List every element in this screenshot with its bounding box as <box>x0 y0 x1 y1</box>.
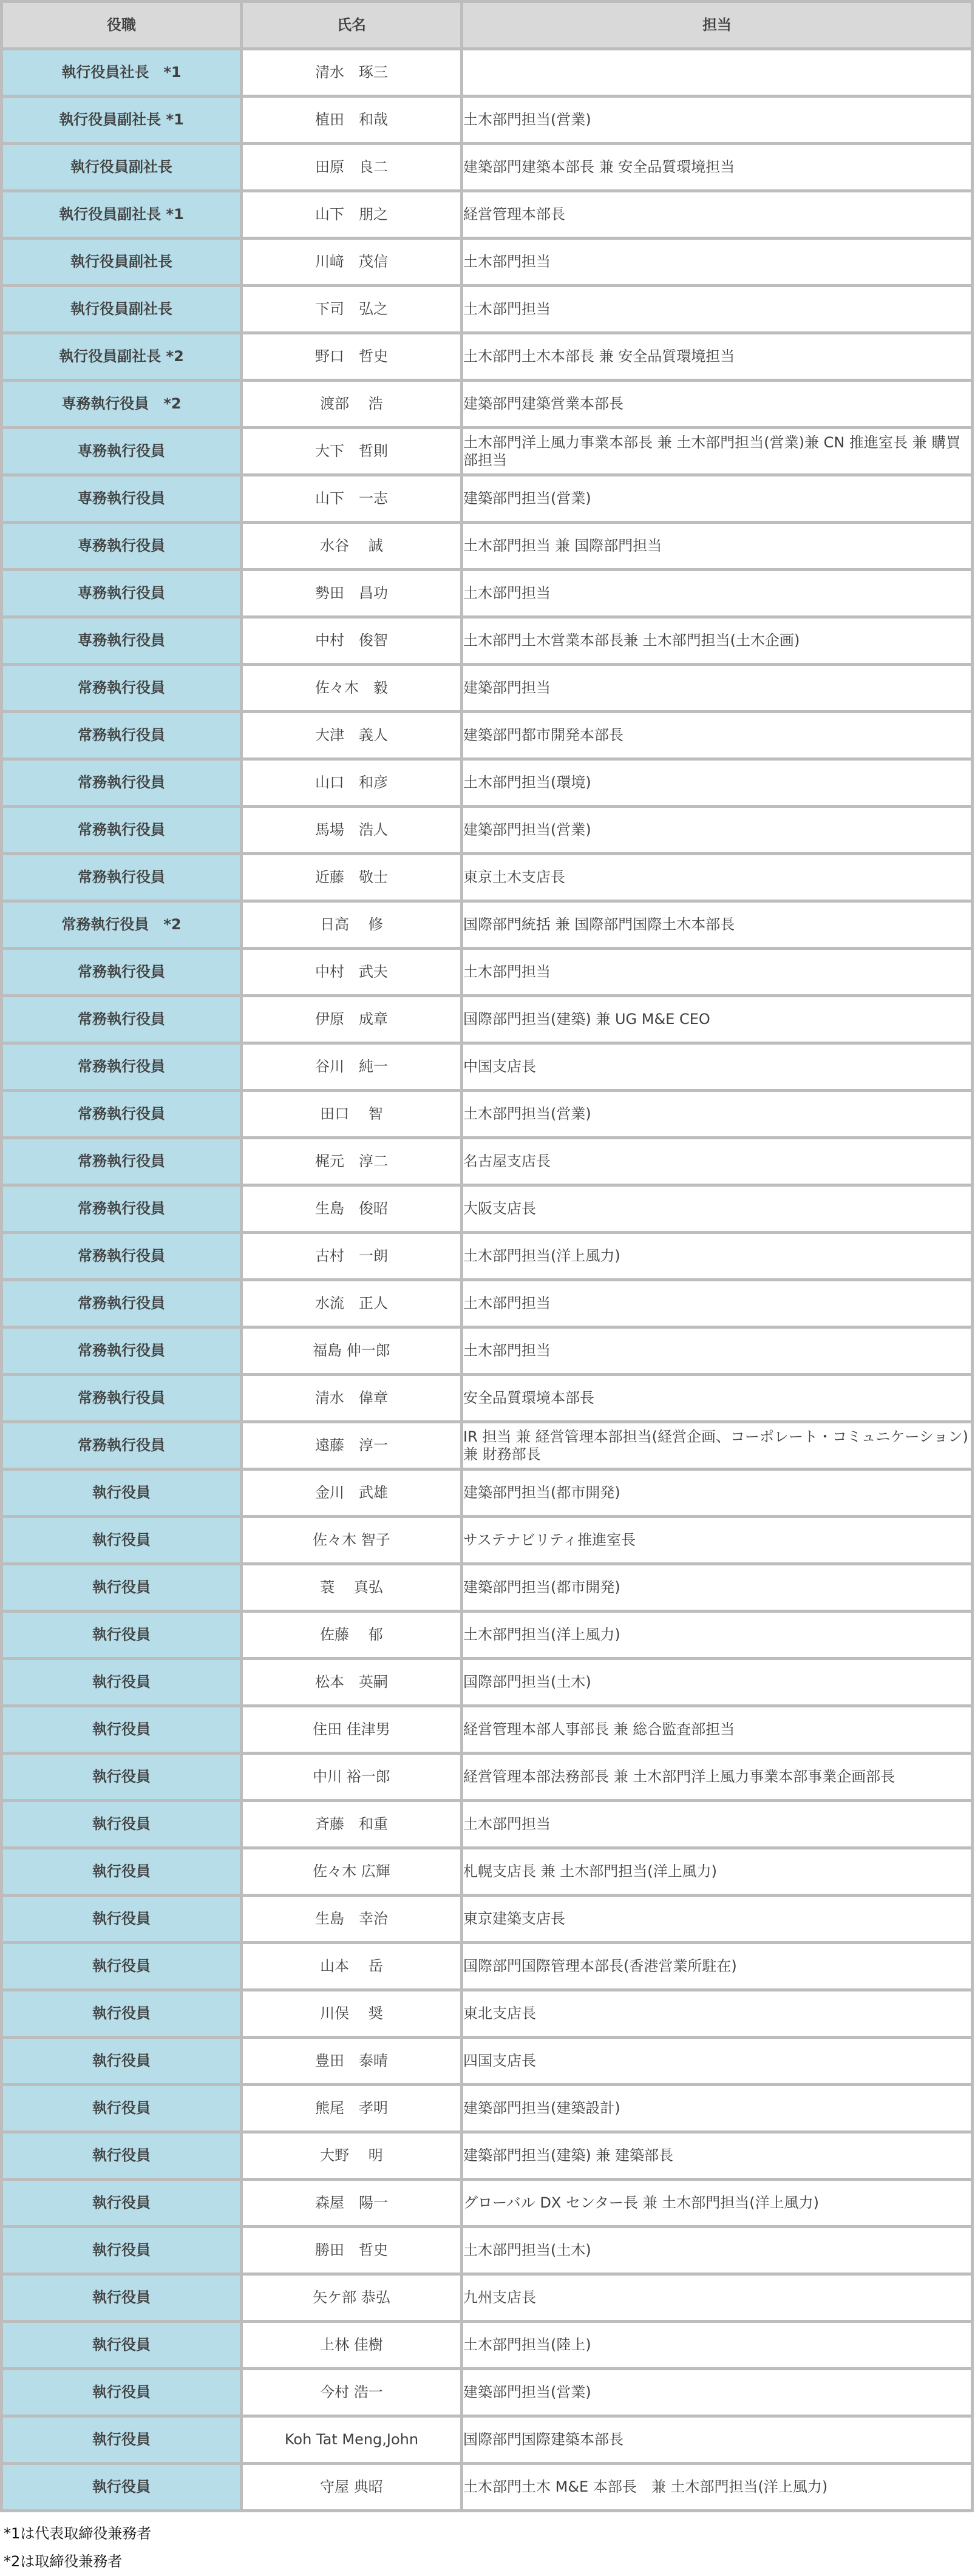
duty-cell: 東京土木支店長 <box>463 855 971 900</box>
role-cell: 常務執行役員 <box>3 1187 240 1231</box>
role-cell: 執行役員 <box>3 2039 240 2083</box>
role-cell: 常務執行役員 <box>3 761 240 805</box>
table-row: 常務執行役員谷川 純一中国支店長 <box>3 1045 971 1089</box>
role-cell: 執行役員 <box>3 1518 240 1562</box>
table-row: 執行役員副社長 *2野口 哲史土木部門土木本部長 兼 安全品質環境担当 <box>3 334 971 379</box>
table-row: 専務執行役員山下 一志建築部門担当(営業) <box>3 476 971 521</box>
duty-cell: 土木部門担当(洋上風力) <box>463 1613 971 1657</box>
duty-cell: 土木部門土木 M&E 本部長 兼 土木部門担当(洋上風力) <box>463 2465 971 2509</box>
role-cell: 執行役員 <box>3 1849 240 1894</box>
name-cell: 大下 哲則 <box>243 429 460 473</box>
role-cell: 執行役員 <box>3 1802 240 1846</box>
duty-cell: 土木部門担当 兼 国際部門担当 <box>463 524 971 568</box>
name-cell: 近藤 敬士 <box>243 855 460 900</box>
duty-cell: 建築部門担当(都市開発) <box>463 1471 971 1515</box>
role-cell: 常務執行役員 <box>3 1329 240 1373</box>
name-cell: 矢ケ部 恭弘 <box>243 2276 460 2320</box>
name-cell: 山下 一志 <box>243 476 460 521</box>
table-row: 専務執行役員勢田 昌功土木部門担当 <box>3 571 971 615</box>
duty-cell: 経営管理本部長 <box>463 192 971 237</box>
name-cell: 佐々木 広輝 <box>243 1849 460 1894</box>
role-cell: 常務執行役員 <box>3 950 240 994</box>
table-row: 常務執行役員中村 武夫土木部門担当 <box>3 950 971 994</box>
role-cell: 執行役員 <box>3 2228 240 2273</box>
table-row: 執行役員佐々木 智子サステナビリティ推進室長 <box>3 1518 971 1562</box>
table-row: 常務執行役員古村 一朗土木部門担当(洋上風力) <box>3 1234 971 1278</box>
table-row: 常務執行役員大津 義人建築部門都市開発本部長 <box>3 713 971 758</box>
name-cell: 福島 伸一郎 <box>243 1329 460 1373</box>
name-cell: 熊尾 孝明 <box>243 2086 460 2130</box>
name-cell: 上林 佳樹 <box>243 2323 460 2367</box>
table-row: 執行役員豊田 泰晴四国支店長 <box>3 2039 971 2083</box>
role-cell: 執行役員 <box>3 1897 240 1941</box>
name-cell: 大野 明 <box>243 2134 460 2178</box>
duty-cell: 国際部門担当(土木) <box>463 1660 971 1704</box>
duty-cell: 中国支店長 <box>463 1045 971 1089</box>
table-row: 常務執行役員田口 智土木部門担当(営業) <box>3 1092 971 1136</box>
name-cell: 勝田 哲史 <box>243 2228 460 2273</box>
table-row: 常務執行役員清水 偉章安全品質環境本部長 <box>3 1376 971 1420</box>
name-cell: 山下 朋之 <box>243 192 460 237</box>
role-cell: 執行役員副社長 <box>3 287 240 331</box>
role-cell: 執行役員 <box>3 2276 240 2320</box>
table-row: 執行役員副社長下司 弘之土木部門担当 <box>3 287 971 331</box>
role-cell: 常務執行役員 <box>3 855 240 900</box>
duty-cell: 建築部門担当(都市開発) <box>463 1565 971 1610</box>
role-cell: 常務執行役員 <box>3 666 240 710</box>
table-row: 常務執行役員馬場 浩人建築部門担当(営業) <box>3 808 971 852</box>
duty-cell: 建築部門担当 <box>463 666 971 710</box>
duty-cell: 建築部門担当(営業) <box>463 808 971 852</box>
name-cell: 水流 正人 <box>243 1281 460 1326</box>
table-row: 執行役員大野 明建築部門担当(建築) 兼 建築部長 <box>3 2134 971 2178</box>
table-row: 執行役員生島 幸治東京建築支店長 <box>3 1897 971 1941</box>
name-cell: 田原 良二 <box>243 145 460 189</box>
role-cell: 執行役員 <box>3 2323 240 2367</box>
name-cell: 植田 和哉 <box>243 98 460 142</box>
role-cell: 執行役員 <box>3 1707 240 1752</box>
duty-cell: 土木部門土木営業本部長兼 土木部門担当(土木企画) <box>463 619 971 663</box>
table-row: 執行役員住田 佳津男経営管理本部人事部長 兼 総合監査部担当 <box>3 1707 971 1752</box>
name-cell: 馬場 浩人 <box>243 808 460 852</box>
duty-cell: IR 担当 兼 経営管理本部担当(経営企画、コーポレート・コミュニケーション)兼… <box>463 1423 971 1468</box>
name-cell: 下司 弘之 <box>243 287 460 331</box>
duty-cell: 土木部門洋上風力事業本部長 兼 土木部門担当(営業)兼 CN 推進室長 兼 購買… <box>463 429 971 473</box>
duty-cell: サステナビリティ推進室長 <box>463 1518 971 1562</box>
duty-cell: 建築部門建築本部長 兼 安全品質環境担当 <box>463 145 971 189</box>
role-cell: 専務執行役員 <box>3 429 240 473</box>
table-row: 執行役員副社長川﨑 茂信土木部門担当 <box>3 240 971 284</box>
name-cell: 生島 幸治 <box>243 1897 460 1941</box>
name-cell: 守屋 典昭 <box>243 2465 460 2509</box>
name-cell: 豊田 泰晴 <box>243 2039 460 2083</box>
name-cell: 日高 修 <box>243 903 460 947</box>
role-cell: 常務執行役員 <box>3 1045 240 1089</box>
duty-cell: 土木部門担当 <box>463 1802 971 1846</box>
table-row: 専務執行役員大下 哲則土木部門洋上風力事業本部長 兼 土木部門担当(営業)兼 C… <box>3 429 971 473</box>
table-row: 常務執行役員伊原 成章国際部門担当(建築) 兼 UG M&E CEO <box>3 997 971 1042</box>
header-row: 役職 氏名 担当 <box>3 3 971 47</box>
table-row: 執行役員今村 浩一建築部門担当(営業) <box>3 2370 971 2415</box>
role-cell: 執行役員 <box>3 1991 240 2036</box>
duty-cell: 土木部門担当(営業) <box>463 98 971 142</box>
table-row: 常務執行役員近藤 敬士東京土木支店長 <box>3 855 971 900</box>
role-cell: 専務執行役員 *2 <box>3 382 240 426</box>
duty-cell: 四国支店長 <box>463 2039 971 2083</box>
role-cell: 執行役員 <box>3 2181 240 2225</box>
duty-cell: 建築部門担当(建築) 兼 建築部長 <box>463 2134 971 2178</box>
name-cell: 渡部 浩 <box>243 382 460 426</box>
role-cell: 執行役員 <box>3 1660 240 1704</box>
role-cell: 執行役員副社長 <box>3 240 240 284</box>
table-row: 執行役員矢ケ部 恭弘九州支店長 <box>3 2276 971 2320</box>
role-cell: 常務執行役員 <box>3 997 240 1042</box>
duty-cell: 土木部門担当(環境) <box>463 761 971 805</box>
header-duty: 担当 <box>463 3 971 47</box>
table-row: 執行役員副社長 *1山下 朋之経営管理本部長 <box>3 192 971 237</box>
name-cell: 清水 偉章 <box>243 1376 460 1420</box>
name-cell: 森屋 陽一 <box>243 2181 460 2225</box>
role-cell: 執行役員副社長 <box>3 145 240 189</box>
role-cell: 執行役員 <box>3 1944 240 1988</box>
footnote-1: *1は代表取締役兼務者 <box>4 2521 151 2549</box>
duty-cell: 土木部門担当 <box>463 1281 971 1326</box>
role-cell: 常務執行役員 <box>3 1281 240 1326</box>
name-cell: 佐々木 毅 <box>243 666 460 710</box>
table-row: 執行役員金川 武雄建築部門担当(都市開発) <box>3 1471 971 1515</box>
duty-cell: 九州支店長 <box>463 2276 971 2320</box>
name-cell: 佐藤 郁 <box>243 1613 460 1657</box>
name-cell: 今村 浩一 <box>243 2370 460 2415</box>
table-row: 執行役員勝田 哲史土木部門担当(土木) <box>3 2228 971 2273</box>
table-row: 執行役員蓑 真弘建築部門担当(都市開発) <box>3 1565 971 1610</box>
duty-cell: 経営管理本部人事部長 兼 総合監査部担当 <box>463 1707 971 1752</box>
duty-cell: 建築部門担当(建築設計) <box>463 2086 971 2130</box>
role-cell: 常務執行役員 <box>3 1423 240 1468</box>
name-cell: 野口 哲史 <box>243 334 460 379</box>
duty-cell: 土木部門担当(洋上風力) <box>463 1234 971 1278</box>
duty-cell: 土木部門担当 <box>463 950 971 994</box>
name-cell: 大津 義人 <box>243 713 460 758</box>
table-row: 常務執行役員梶元 淳二名古屋支店長 <box>3 1139 971 1184</box>
duty-cell: 安全品質環境本部長 <box>463 1376 971 1420</box>
duty-cell: 建築部門建築営業本部長 <box>463 382 971 426</box>
name-cell: 古村 一朗 <box>243 1234 460 1278</box>
name-cell: 中川 裕一郎 <box>243 1755 460 1799</box>
duty-cell: 経営管理本部法務部長 兼 土木部門洋上風力事業本部事業企画部長 <box>463 1755 971 1799</box>
name-cell: 松本 英嗣 <box>243 1660 460 1704</box>
role-cell: 常務執行役員 <box>3 1376 240 1420</box>
role-cell: 執行役員 <box>3 2370 240 2415</box>
table-row: 常務執行役員 *2日高 修国際部門統括 兼 国際部門国際土木本部長 <box>3 903 971 947</box>
role-cell: 常務執行役員 <box>3 1092 240 1136</box>
duty-cell: 国際部門国際建築本部長 <box>463 2418 971 2462</box>
duty-cell: 東京建築支店長 <box>463 1897 971 1941</box>
duty-cell: 土木部門担当 <box>463 571 971 615</box>
duty-cell: 国際部門国際管理本部長(香港営業所駐在) <box>463 1944 971 1988</box>
name-cell: 遠藤 淳一 <box>243 1423 460 1468</box>
role-cell: 執行役員 <box>3 1565 240 1610</box>
role-cell: 執行役員 <box>3 1755 240 1799</box>
role-cell: 執行役員副社長 *1 <box>3 192 240 237</box>
role-cell: 専務執行役員 <box>3 524 240 568</box>
table-row: 執行役員副社長 *1植田 和哉土木部門担当(営業) <box>3 98 971 142</box>
role-cell: 常務執行役員 <box>3 1234 240 1278</box>
duty-cell: 建築部門担当(営業) <box>463 2370 971 2415</box>
name-cell: 水谷 誠 <box>243 524 460 568</box>
role-cell: 執行役員 <box>3 2418 240 2462</box>
table-row: 常務執行役員福島 伸一郎土木部門担当 <box>3 1329 971 1373</box>
duty-cell: グローバル DX センター長 兼 土木部門担当(洋上風力) <box>463 2181 971 2225</box>
name-cell: 蓑 真弘 <box>243 1565 460 1610</box>
officers-table: 役職 氏名 担当 執行役員社長 *1清水 琢三執行役員副社長 *1植田 和哉土木… <box>0 0 974 2512</box>
table-row: 専務執行役員中村 俊智土木部門土木営業本部長兼 土木部門担当(土木企画) <box>3 619 971 663</box>
footnote-2: *2は取締役兼務者 <box>4 2549 151 2576</box>
table-row: 執行役員佐藤 郁土木部門担当(洋上風力) <box>3 1613 971 1657</box>
table-row: 常務執行役員山口 和彦土木部門担当(環境) <box>3 761 971 805</box>
role-cell: 執行役員 <box>3 1471 240 1515</box>
table-row: 専務執行役員 *2渡部 浩建築部門建築営業本部長 <box>3 382 971 426</box>
table-row: 執行役員社長 *1清水 琢三 <box>3 50 971 95</box>
table-row: 執行役員守屋 典昭土木部門土木 M&E 本部長 兼 土木部門担当(洋上風力) <box>3 2465 971 2509</box>
duty-cell: 土木部門担当 <box>463 1329 971 1373</box>
duty-cell: 土木部門担当 <box>463 240 971 284</box>
table-row: 執行役員副社長田原 良二建築部門建築本部長 兼 安全品質環境担当 <box>3 145 971 189</box>
table-row: 執行役員森屋 陽一グローバル DX センター長 兼 土木部門担当(洋上風力) <box>3 2181 971 2225</box>
table-row: 常務執行役員生島 俊昭大阪支店長 <box>3 1187 971 1231</box>
table-row: 常務執行役員水流 正人土木部門担当 <box>3 1281 971 1326</box>
duty-cell: 国際部門担当(建築) 兼 UG M&E CEO <box>463 997 971 1042</box>
duty-cell: 国際部門統括 兼 国際部門国際土木本部長 <box>463 903 971 947</box>
role-cell: 執行役員社長 *1 <box>3 50 240 95</box>
duty-cell: 土木部門担当(営業) <box>463 1092 971 1136</box>
table-row: 執行役員川俣 奨東北支店長 <box>3 1991 971 2036</box>
name-cell: 生島 俊昭 <box>243 1187 460 1231</box>
footnotes: *1は代表取締役兼務者 *2は取締役兼務者 <box>4 2521 151 2576</box>
table-row: 執行役員Koh Tat Meng,John国際部門国際建築本部長 <box>3 2418 971 2462</box>
name-cell: 佐々木 智子 <box>243 1518 460 1562</box>
duty-cell: 名古屋支店長 <box>463 1139 971 1184</box>
name-cell: Koh Tat Meng,John <box>243 2418 460 2462</box>
table-row: 常務執行役員遠藤 淳一IR 担当 兼 経営管理本部担当(経営企画、コーポレート・… <box>3 1423 971 1468</box>
table-row: 専務執行役員水谷 誠土木部門担当 兼 国際部門担当 <box>3 524 971 568</box>
role-cell: 常務執行役員 <box>3 713 240 758</box>
role-cell: 専務執行役員 <box>3 619 240 663</box>
role-cell: 執行役員 <box>3 2134 240 2178</box>
name-cell: 金川 武雄 <box>243 1471 460 1515</box>
duty-cell: 札幌支店長 兼 土木部門担当(洋上風力) <box>463 1849 971 1894</box>
name-cell: 川﨑 茂信 <box>243 240 460 284</box>
role-cell: 執行役員 <box>3 1613 240 1657</box>
duty-cell: 土木部門土木本部長 兼 安全品質環境担当 <box>463 334 971 379</box>
name-cell: 田口 智 <box>243 1092 460 1136</box>
duty-cell: 建築部門担当(営業) <box>463 476 971 521</box>
role-cell: 執行役員 <box>3 2465 240 2509</box>
role-cell: 執行役員副社長 *2 <box>3 334 240 379</box>
header-name: 氏名 <box>243 3 460 47</box>
name-cell: 谷川 純一 <box>243 1045 460 1089</box>
table-row: 執行役員中川 裕一郎経営管理本部法務部長 兼 土木部門洋上風力事業本部事業企画部… <box>3 1755 971 1799</box>
role-cell: 専務執行役員 <box>3 476 240 521</box>
role-cell: 専務執行役員 <box>3 571 240 615</box>
name-cell: 川俣 奨 <box>243 1991 460 2036</box>
table-body: 執行役員社長 *1清水 琢三執行役員副社長 *1植田 和哉土木部門担当(営業)執… <box>3 50 971 2509</box>
name-cell: 梶元 淳二 <box>243 1139 460 1184</box>
duty-cell: 土木部門担当(土木) <box>463 2228 971 2273</box>
table-row: 執行役員熊尾 孝明建築部門担当(建築設計) <box>3 2086 971 2130</box>
duty-cell <box>463 50 971 95</box>
name-cell: 清水 琢三 <box>243 50 460 95</box>
name-cell: 中村 武夫 <box>243 950 460 994</box>
name-cell: 住田 佳津男 <box>243 1707 460 1752</box>
duty-cell: 土木部門担当(陸上) <box>463 2323 971 2367</box>
duty-cell: 土木部門担当 <box>463 287 971 331</box>
role-cell: 執行役員副社長 *1 <box>3 98 240 142</box>
name-cell: 斉藤 和重 <box>243 1802 460 1846</box>
table-row: 常務執行役員佐々木 毅建築部門担当 <box>3 666 971 710</box>
name-cell: 山口 和彦 <box>243 761 460 805</box>
role-cell: 常務執行役員 <box>3 1139 240 1184</box>
role-cell: 常務執行役員 *2 <box>3 903 240 947</box>
table-row: 執行役員松本 英嗣国際部門担当(土木) <box>3 1660 971 1704</box>
role-cell: 執行役員 <box>3 2086 240 2130</box>
name-cell: 山本 岳 <box>243 1944 460 1988</box>
table-row: 執行役員上林 佳樹土木部門担当(陸上) <box>3 2323 971 2367</box>
role-cell: 常務執行役員 <box>3 808 240 852</box>
table-row: 執行役員佐々木 広輝札幌支店長 兼 土木部門担当(洋上風力) <box>3 1849 971 1894</box>
table-row: 執行役員山本 岳国際部門国際管理本部長(香港営業所駐在) <box>3 1944 971 1988</box>
header-role: 役職 <box>3 3 240 47</box>
duty-cell: 建築部門都市開発本部長 <box>463 713 971 758</box>
name-cell: 中村 俊智 <box>243 619 460 663</box>
name-cell: 伊原 成章 <box>243 997 460 1042</box>
table-row: 執行役員斉藤 和重土木部門担当 <box>3 1802 971 1846</box>
name-cell: 勢田 昌功 <box>243 571 460 615</box>
duty-cell: 東北支店長 <box>463 1991 971 2036</box>
duty-cell: 大阪支店長 <box>463 1187 971 1231</box>
